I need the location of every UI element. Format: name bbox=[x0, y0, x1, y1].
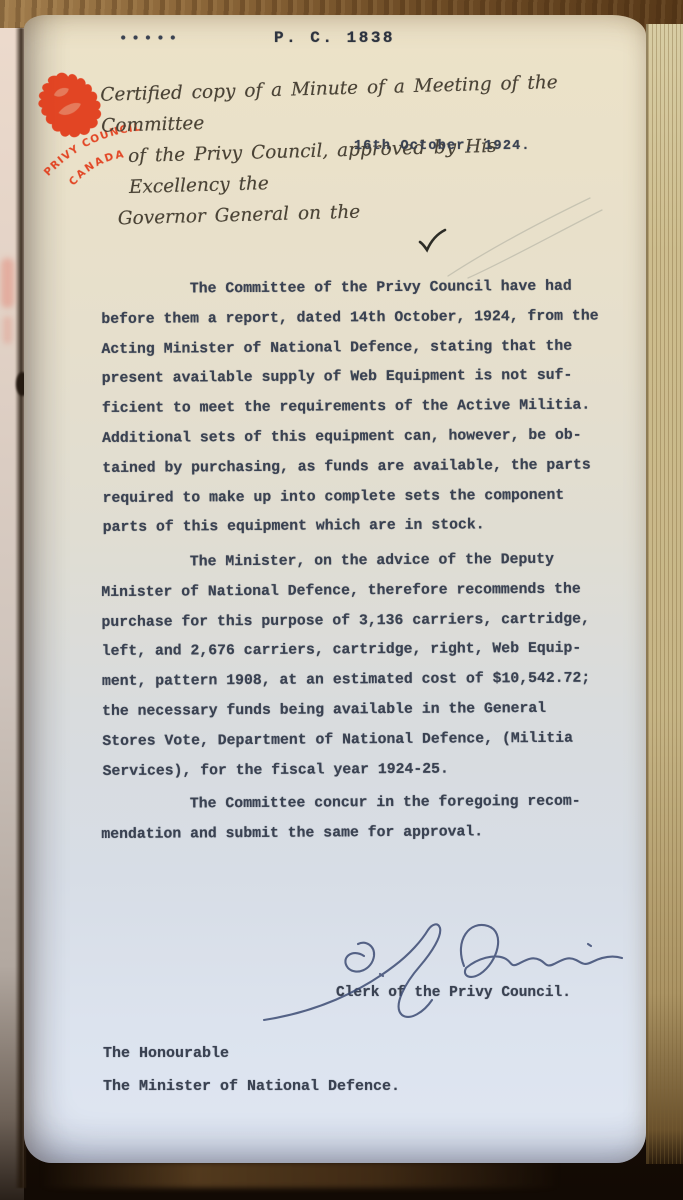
document-scan: ••••• P. C. 1838 Certified copy of a Min… bbox=[0, 0, 683, 1200]
addressee-minister: The Minister of National Defence. bbox=[103, 1078, 400, 1095]
document-number: P. C. 1838 bbox=[274, 29, 395, 47]
signature-ej-lemaire bbox=[256, 914, 628, 1028]
body-paragraph-1: The Committee of the Privy Council have … bbox=[101, 272, 623, 544]
body-paragraph-3: The Committee concur in the foregoing re… bbox=[101, 787, 621, 850]
body-paragraph-2: The Minister, on the advice of the Deput… bbox=[101, 545, 623, 787]
approval-date: 16th October, 1924. bbox=[354, 139, 531, 154]
addressee-honourable: The Honourable bbox=[103, 1045, 229, 1062]
index-dots-mark: ••••• bbox=[119, 31, 181, 47]
pencil-scribble-mark bbox=[440, 188, 620, 283]
